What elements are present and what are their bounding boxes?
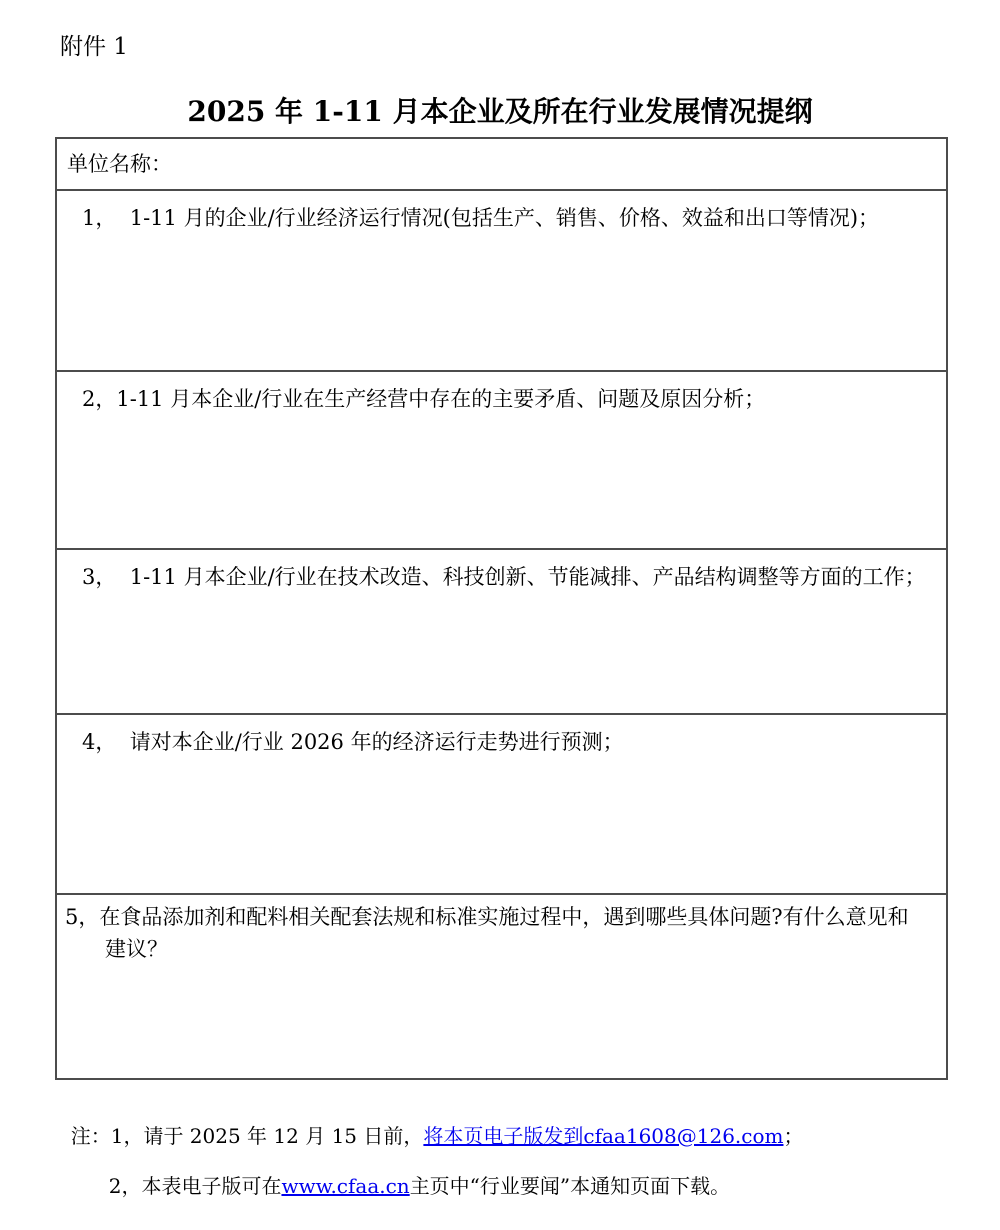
- attachment-label: 附件 1: [60, 28, 128, 61]
- question-row-2[interactable]: 2，1-11 月本企业/行业在生产经营中存在的主要矛盾、问题及原因分析；: [57, 370, 946, 548]
- question-text-1: 1， 1-11 月的企业/行业经济运行情况(包括生产、销售、价格、效益和出口等情…: [57, 191, 946, 233]
- question-row-1[interactable]: 1， 1-11 月的企业/行业经济运行情况(包括生产、销售、价格、效益和出口等情…: [57, 189, 946, 370]
- note-1: 注：1，请于 2025 年 12 月 15 日前，将本页电子版发到cfaa160…: [58, 1096, 803, 1149]
- page-title: 2025 年 1-11 月本企业及所在行业发展情况提纲: [0, 90, 1000, 130]
- email-link[interactable]: 将本页电子版发到cfaa1608@126.com: [423, 1124, 783, 1148]
- question-row-4[interactable]: 4， 请对本企业/行业 2026 年的经济运行走势进行预测；: [57, 713, 946, 893]
- report-outline-table: 单位名称： 1， 1-11 月的企业/行业经济运行情况(包括生产、销售、价格、效…: [55, 137, 948, 1080]
- note-2-suffix: 主页中“行业要闻”本通知页面下载。: [410, 1174, 730, 1198]
- question-text-4: 4， 请对本企业/行业 2026 年的经济运行走势进行预测；: [57, 715, 946, 757]
- unit-name-row[interactable]: 单位名称：: [57, 139, 946, 189]
- note-1-prefix: 注：1，请于 2025 年 12 月 15 日前，: [71, 1124, 424, 1148]
- question-text-5: 5，在食品添加剂和配料相关配套法规和标准实施过程中，遇到哪些具体问题?有什么意见…: [57, 895, 946, 932]
- note-2: 2，本表电子版可在www.cfaa.cn主页中“行业要闻”本通知页面下载。: [96, 1146, 730, 1199]
- question-text-3: 3， 1-11 月本企业/行业在技术改造、科技创新、节能减排、产品结构调整等方面…: [57, 550, 946, 592]
- question-text-2: 2，1-11 月本企业/行业在生产经营中存在的主要矛盾、问题及原因分析；: [57, 372, 946, 414]
- unit-name-label: 单位名称：: [67, 152, 172, 176]
- question-row-3[interactable]: 3， 1-11 月本企业/行业在技术改造、科技创新、节能减排、产品结构调整等方面…: [57, 548, 946, 713]
- website-link[interactable]: www.cfaa.cn: [281, 1174, 409, 1198]
- question-row-5[interactable]: 5，在食品添加剂和配料相关配套法规和标准实施过程中，遇到哪些具体问题?有什么意见…: [57, 893, 946, 1078]
- note-2-prefix: 2，本表电子版可在: [109, 1174, 282, 1198]
- note-1-suffix: ；: [783, 1124, 803, 1148]
- question-text-5-continued: 建议？: [57, 932, 946, 964]
